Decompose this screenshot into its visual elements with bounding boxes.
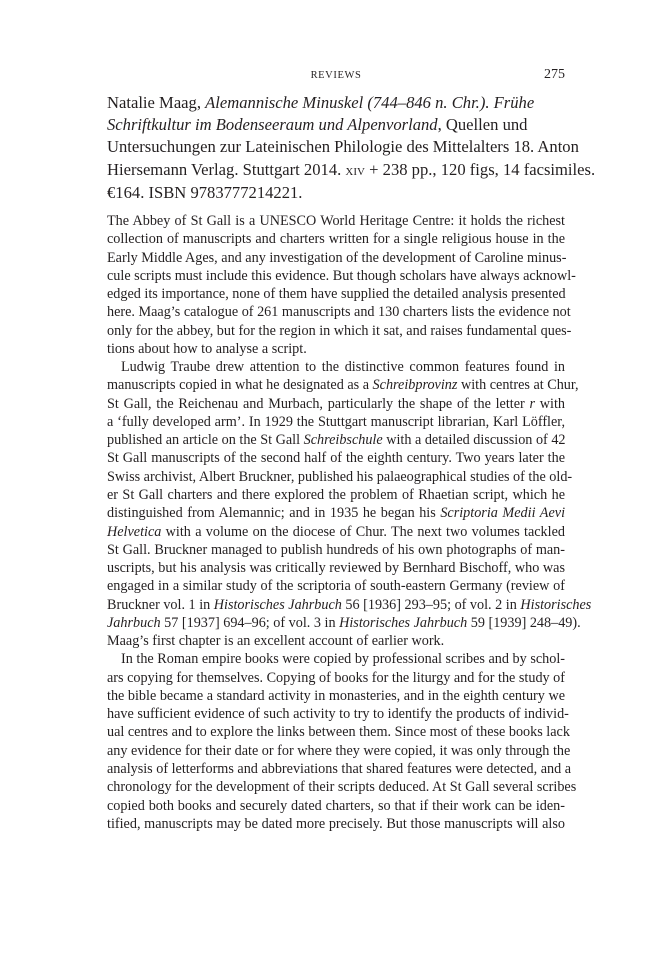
citation-author: Natalie Maag, bbox=[107, 93, 201, 112]
body-line: Swiss archivist, Albert Bruckner, publis… bbox=[107, 468, 565, 486]
body-line: Maag’s first chapter is an excellent acc… bbox=[107, 632, 565, 650]
body-line: er St Gall charters and there explored t… bbox=[107, 486, 565, 504]
body-line: only for the abbey, but for the region i… bbox=[107, 322, 565, 340]
body-line: ars copying for themselves. Copying of b… bbox=[107, 669, 565, 687]
page-number: 275 bbox=[540, 67, 565, 83]
citation-title: Alemannische Minuskel (744–846 n. Chr.).… bbox=[205, 93, 534, 112]
body-line: Jahrbuch 57 [1937] 694–96; of vol. 3 in … bbox=[107, 614, 565, 632]
italic-title: Jahrbuch bbox=[107, 615, 161, 631]
body-line: Helvetica with a volume on the diocese o… bbox=[107, 523, 565, 541]
body-line: uscripts, but his analysis was criticall… bbox=[107, 559, 565, 577]
italic-title: Schreibprovinz bbox=[373, 377, 458, 393]
body-line: In the Roman empire books were copied by… bbox=[107, 650, 565, 668]
body-line: engaged in a similar study of the script… bbox=[107, 577, 565, 595]
body-line: the bible became a standard activity in … bbox=[107, 687, 565, 705]
running-head: REVIEWS bbox=[0, 70, 672, 81]
citation-line-1: Natalie Maag, Alemannische Minuskel (744… bbox=[107, 92, 567, 114]
body-line: manuscripts copied in what he designated… bbox=[107, 376, 565, 394]
body-line: distinguished from Alemannic; and in 193… bbox=[107, 504, 565, 522]
review-citation: Natalie Maag, Alemannische Minuskel (744… bbox=[107, 92, 567, 204]
italic-title: Historisches Jahrbuch bbox=[339, 615, 467, 631]
body-line: copied both books and securely dated cha… bbox=[107, 797, 565, 815]
review-body: The Abbey of St Gall is a UNESCO World H… bbox=[107, 212, 565, 833]
body-line: St Gall. Bruckner managed to publish hun… bbox=[107, 541, 565, 559]
italic-title: Scriptoria Medii Aevi bbox=[440, 505, 565, 521]
citation-line-2: Schriftkultur im Bodenseeraum und Alpenv… bbox=[107, 114, 567, 136]
body-line: edged its importance, none of them have … bbox=[107, 285, 565, 303]
italic-title: Historisches bbox=[520, 597, 591, 613]
citation-line-4: Hiersemann Verlag. Stuttgart 2014. xiv +… bbox=[107, 159, 567, 182]
citation-line-5: €164. ISBN 9783777214221. bbox=[107, 182, 567, 204]
citation-title-cont: Schriftkultur im Bodenseeraum und Alpenv… bbox=[107, 115, 438, 134]
body-line: have sufficient evidence of such activit… bbox=[107, 705, 565, 723]
body-line: Early Middle Ages, and any investigation… bbox=[107, 249, 565, 267]
body-line: ual centres and to explore the links bet… bbox=[107, 723, 565, 741]
body-line: tified, manuscripts may be dated more pr… bbox=[107, 815, 565, 833]
body-line: Bruckner vol. 1 in Historisches Jahrbuch… bbox=[107, 596, 565, 614]
italic-title: Schreibschule bbox=[304, 432, 383, 448]
italic-title: Helvetica bbox=[107, 524, 161, 540]
body-line: St Gall, the Reichenau and Murbach, part… bbox=[107, 395, 565, 413]
italic-title: Historisches Jahrbuch bbox=[214, 597, 342, 613]
roman-numeral: xiv bbox=[345, 162, 365, 179]
body-line: Ludwig Traube drew attention to the dist… bbox=[107, 358, 565, 376]
body-line: analysis of letterforms and abbreviation… bbox=[107, 760, 565, 778]
body-line: collection of manuscripts and charters w… bbox=[107, 230, 565, 248]
body-line: cule scripts must include this evidence.… bbox=[107, 267, 565, 285]
body-line: published an article on the St Gall Schr… bbox=[107, 431, 565, 449]
body-line: tions about how to analyse a script. bbox=[107, 340, 565, 358]
body-line: The Abbey of St Gall is a UNESCO World H… bbox=[107, 212, 565, 230]
body-line: chronology for the development of their … bbox=[107, 778, 565, 796]
body-line: a ‘fully developed arm’. In 1929 the Stu… bbox=[107, 413, 565, 431]
citation-line-3: Untersuchungen zur Lateinischen Philolog… bbox=[107, 136, 567, 158]
body-line: here. Maag’s catalogue of 261 manuscript… bbox=[107, 303, 565, 321]
body-line: St Gall manuscripts of the second half o… bbox=[107, 449, 565, 467]
body-line: any evidence for their date or for where… bbox=[107, 742, 565, 760]
